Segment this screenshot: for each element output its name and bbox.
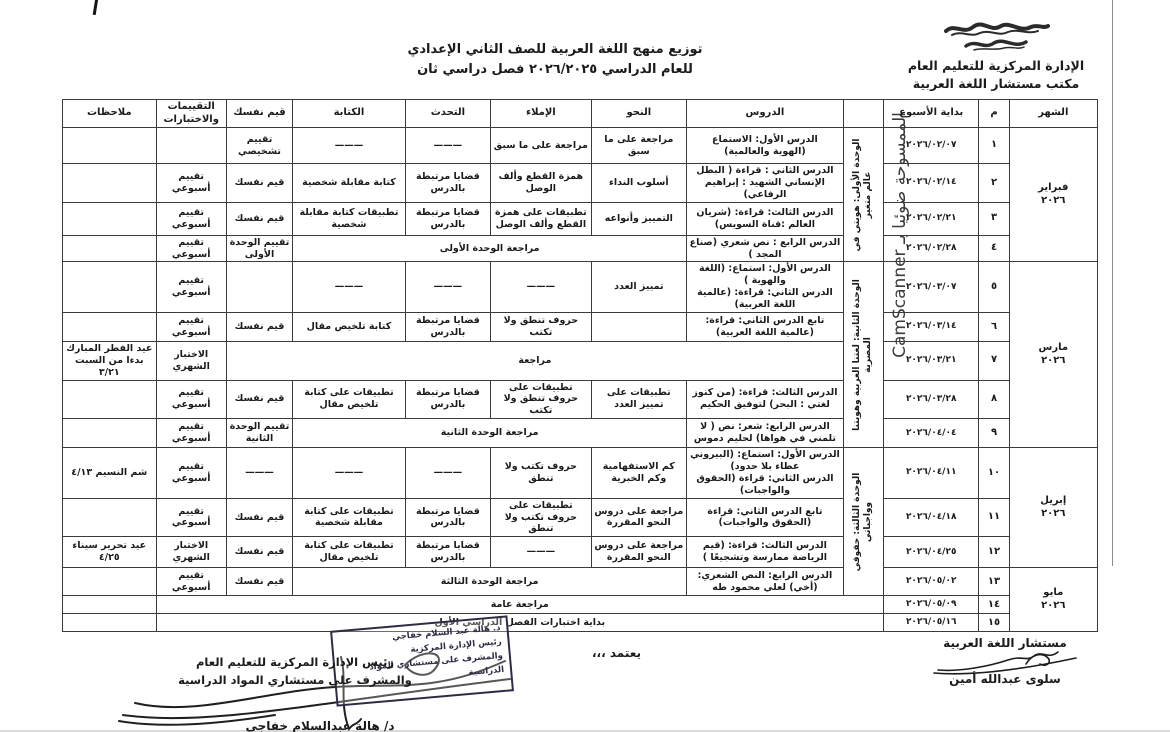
table-row: مارس ٢٠٢٦ ٥ ٢٠٢٦/٠٣/٠٧ الوحدة الثانية: ل…: [63, 262, 1098, 313]
serial-cell: ٤: [979, 235, 1009, 262]
lessons-cell: الدرس الأول: الاستماع (الهوية والعالمية): [687, 128, 844, 164]
assessment-cell: الاختبار الشهري: [156, 537, 226, 568]
serial-cell: ٦: [979, 312, 1009, 341]
col-header-assessments: التقييمات والاختبارات: [156, 100, 226, 128]
assessment-cell: تقييم أسبوعي: [156, 202, 226, 235]
self-assess-cell: قيم نفسك: [226, 568, 292, 596]
self-assess-cell: قيم نفسك: [226, 164, 292, 203]
lessons-cell: الدرس الرابع: شعر: نص ( لا تلمني في هواه…: [687, 419, 844, 448]
speaking-cell: قضايا مرتبطة بالدرس: [405, 380, 490, 419]
table-row: ١١ ٢٠٢٦/٠٤/١٨ تابع الدرس الثاني: قراءة (…: [63, 498, 1098, 537]
week-start-cell: ٢٠٢٦/٠٥/٠٢: [883, 568, 978, 596]
lessons-cell: الدرس الرابع: النص الشعري: (أخي) لعلي مح…: [687, 568, 844, 596]
table-row: مايو ٢٠٢٦ ١٣ ٢٠٢٦/٠٥/٠٢ الدرس الرابع: ال…: [63, 568, 1098, 596]
grammar-cell: أسلوب النداء: [591, 164, 686, 203]
week-start-cell: ٢٠٢٦/٠٣/١٤: [883, 312, 978, 341]
grammar-cell: التمييز وأنواعه: [591, 202, 686, 235]
dictation-cell: تطبيقات على حروف تنطق ولا تكتب: [491, 380, 591, 419]
grammar-cell: تمييز العدد: [591, 262, 686, 313]
serial-cell: ١: [979, 128, 1009, 164]
serial-cell: ١٢: [979, 537, 1009, 568]
document-title-line-2: للعام الدراسي ٢٠٢٦/٢٠٢٥ فصل دراسي ثان: [385, 60, 725, 80]
notes-cell: [63, 380, 157, 419]
self-assess-cell: قيم نفسك: [226, 537, 292, 568]
writing-cell: تطبيقات على كتابة تلخيص مقال: [293, 380, 406, 419]
grammar-cell: [591, 312, 686, 341]
month-cell: مارس ٢٠٢٦: [1009, 262, 1097, 448]
col-header-month: الشهر: [1009, 100, 1097, 128]
table-row: إبريل ٢٠٢٦ ١٠ ٢٠٢٦/٠٤/١١ الوحدة الثالثة:…: [63, 448, 1098, 499]
serial-cell: ١٥: [979, 614, 1009, 632]
dictation-cell: مراجعة على ما سبق: [491, 128, 591, 164]
self-assess-cell: تقييم الوحدة الثانية: [226, 419, 292, 448]
table-header-row: الشهر م بداية الأسبوع الدروس النحو الإمل…: [63, 100, 1098, 128]
writing-cell: تطبيقات على كتابة مقابلة شخصية: [293, 498, 406, 537]
self-assess-cell: قيم نفسك: [226, 380, 292, 419]
col-header-lessons: الدروس: [687, 100, 844, 128]
week-start-cell: ٢٠٢٦/٠٢/٢٨: [883, 235, 978, 262]
review-cell: مراجعة عامة: [156, 596, 883, 614]
speaking-cell: ———: [405, 128, 490, 164]
serial-cell: ١٣: [979, 568, 1009, 596]
assessment-cell: تقييم أسبوعي: [156, 568, 226, 596]
notes-cell: [63, 262, 157, 313]
dictation-cell: حروف تنطق ولا تكتب: [491, 312, 591, 341]
serial-cell: ١٠: [979, 448, 1009, 499]
col-header-serial: م: [979, 100, 1009, 128]
dictation-cell: تطبيقات على حروف تكتب ولا تنطق: [491, 498, 591, 537]
grammar-cell: تطبيقات على تمييز العدد: [591, 380, 686, 419]
dictation-cell: حروف تكتب ولا تنطق: [491, 448, 591, 499]
notes-cell: [63, 164, 157, 203]
scan-corner-mark: [93, 0, 99, 15]
week-start-cell: ٢٠٢٦/٠٣/٢١: [883, 341, 978, 380]
curriculum-table-wrapper: الشهر م بداية الأسبوع الدروس النحو الإمل…: [62, 99, 1098, 632]
week-start-cell: ٢٠٢٦/٠٥/٠٩: [883, 596, 978, 614]
lessons-cell: الدرس الثالث: قراءة: (شريان العالم :قناة…: [687, 202, 844, 235]
week-start-cell: ٢٠٢٦/٠٢/٢١: [883, 202, 978, 235]
assessment-cell: تقييم أسبوعي: [156, 419, 226, 448]
serial-cell: ٣: [979, 202, 1009, 235]
notes-cell: [63, 235, 157, 262]
month-cell: فبراير ٢٠٢٦: [1009, 128, 1097, 262]
serial-cell: ١١: [979, 498, 1009, 537]
table-row: فبراير ٢٠٢٦ ١ ٢٠٢٦/٠٢/٠٧ الوحدة الأولى: …: [63, 128, 1098, 164]
notes-cell: [63, 202, 157, 235]
review-cell: مراجعة الوحدة الثالثة: [293, 568, 687, 596]
unit-label: الوحدة الثانية: لغتنا العربية وهويتنا ال…: [853, 276, 875, 434]
assessment-cell: تقييم أسبوعي: [156, 312, 226, 341]
head-title-line-2: والمشرف على مستشاري المواد الدراسية: [145, 671, 445, 689]
lessons-cell: الدرس الثاني : قراءة ( البطل الإنساني ال…: [687, 164, 844, 203]
assessment-cell: [156, 128, 226, 164]
review-cell: مراجعة: [226, 341, 843, 380]
serial-cell: ٩: [979, 419, 1009, 448]
self-assess-cell: تقييم الوحدة الأولى: [226, 235, 292, 262]
grammar-cell: مراجعة على دروس النحو المقررة: [591, 498, 686, 537]
notes-cell: [63, 498, 157, 537]
table-row: ٢ ٢٠٢٦/٠٢/١٤ الدرس الثاني : قراءة ( البط…: [63, 164, 1098, 203]
month-cell: مايو ٢٠٢٦: [1009, 568, 1097, 632]
serial-cell: ٨: [979, 380, 1009, 419]
lessons-cell: الدرس الثالث: قراءة: (قيم الرياضة ممارسة…: [687, 537, 844, 568]
self-assess-cell: قيم نفسك: [226, 202, 292, 235]
lessons-cell: الدرس الرابع : نص شعري (صناع المجد ): [687, 235, 844, 262]
head-title: رئيس الإدارة المركزية للتعليم العام والم…: [145, 653, 445, 690]
table-row: ٩ ٢٠٢٦/٠٤/٠٤ الدرس الرابع: شعر: نص ( لا …: [63, 419, 1098, 448]
week-start-cell: ٢٠٢٦/٠٢/٠٧: [883, 128, 978, 164]
writing-cell: ———: [293, 448, 406, 499]
assessment-cell: تقييم أسبوعي: [156, 235, 226, 262]
table-row: ١٤ ٢٠٢٦/٠٥/٠٩ مراجعة عامة: [63, 596, 1098, 614]
advisor-name: سلوى عبدالله أمين: [905, 672, 1105, 686]
document-title: توزيع منهج اللغة العربية للصف الثاني الإ…: [385, 40, 725, 80]
notes-cell: عيد الفطر المبارك بدءا من السبت ٣/٢١: [63, 341, 157, 380]
lessons-cell: الدرس الأول: استماع: (اللغة والهوية ) ال…: [687, 262, 844, 313]
writing-cell: كتابة مقابلة شخصية: [293, 164, 406, 203]
review-cell: مراجعة الوحدة الأولى: [293, 235, 687, 262]
col-header-dictation: الإملاء: [491, 100, 591, 128]
serial-cell: ٧: [979, 341, 1009, 380]
head-name: د/ هالة عبدالسلام خفاجي: [200, 719, 440, 732]
head-signature-block: د. هالة عبد السلام خفاجي رئيس الإدارة ال…: [105, 615, 525, 732]
serial-cell: ٥: [979, 262, 1009, 313]
speaking-cell: ———: [405, 448, 490, 499]
week-start-cell: ٢٠٢٦/٠٢/١٤: [883, 164, 978, 203]
self-assess-cell: قيم نفسك: [226, 312, 292, 341]
col-header-self-assess: قيم نفسك: [226, 100, 292, 128]
self-assess-cell: قيم نفسك: [226, 498, 292, 537]
ministry-header: الإدارة المركزية للتعليم العام مكتب مستش…: [885, 20, 1107, 93]
dictation-cell: ———: [491, 537, 591, 568]
table-row: ٦ ٢٠٢٦/٠٣/١٤ تابع الدرس الثاني: قراءة: (…: [63, 312, 1098, 341]
writing-cell: كتابة تلخيص مقال: [293, 312, 406, 341]
scan-divider-line: [1112, 0, 1113, 566]
writing-cell: ———: [293, 128, 406, 164]
speaking-cell: ———: [405, 262, 490, 313]
col-header-notes: ملاحظات: [63, 100, 157, 128]
lessons-cell: تابع الدرس الثاني: قراءة (الحقوق والواجب…: [687, 498, 844, 537]
self-assess-cell: ———: [226, 448, 292, 499]
grammar-cell: كم الاستفهامية وكم الخبرية: [591, 448, 686, 499]
speaking-cell: قضايا مرتبطة بالدرس: [405, 312, 490, 341]
dictation-cell: همزة القطع وألف الوصل: [491, 164, 591, 203]
table-row: ٨ ٢٠٢٦/٠٣/٢٨ الدرس الثالث: قراءة: (من كن…: [63, 380, 1098, 419]
grammar-cell: مراجعة على ما سبق: [591, 128, 686, 164]
writing-cell: ———: [293, 262, 406, 313]
self-assess-cell: تقييم تشخيصي: [226, 128, 292, 164]
document-title-line-1: توزيع منهج اللغة العربية للصف الثاني الإ…: [385, 40, 725, 60]
col-header-unit: [843, 100, 883, 128]
table-row: ٤ ٢٠٢٦/٠٢/٢٨ الدرس الرابع : نص شعري (صنا…: [63, 235, 1098, 262]
dictation-cell: ———: [491, 262, 591, 313]
assessment-cell: تقييم أسبوعي: [156, 262, 226, 313]
table-row: ٧ ٢٠٢٦/٠٣/٢١ مراجعة الاختبار الشهري عيد …: [63, 341, 1098, 380]
month-cell: إبريل ٢٠٢٦: [1009, 448, 1097, 568]
assessment-cell: تقييم أسبوعي: [156, 448, 226, 499]
writing-cell: تطبيقات على كتابة تلخيص مقال: [293, 537, 406, 568]
unit-label: الوحدة الثالثة: حقوقي وواجباتي: [853, 458, 875, 586]
week-start-cell: ٢٠٢٦/٠٤/١١: [883, 448, 978, 499]
speaking-cell: قضايا مرتبطة بالدرس: [405, 164, 490, 203]
assessment-cell: تقييم أسبوعي: [156, 164, 226, 203]
table-row: ١٢ ٢٠٢٦/٠٤/٢٥ الدرس الثالث: قراءة: (قيم …: [63, 537, 1098, 568]
col-header-speaking: التحدث: [405, 100, 490, 128]
week-start-cell: ٢٠٢٦/٠٣/٠٧: [883, 262, 978, 313]
head-title-line-1: رئيس الإدارة المركزية للتعليم العام: [145, 653, 445, 671]
assessment-cell: تقييم أسبوعي: [156, 380, 226, 419]
review-cell: مراجعة الوحدة الثانية: [293, 419, 687, 448]
notes-cell: [63, 568, 157, 596]
unit-cell: الوحدة الأولى: هويتي في عالم متغير: [843, 128, 883, 262]
notes-cell: [63, 596, 157, 614]
col-header-writing: الكتابة: [293, 100, 406, 128]
serial-cell: ١٤: [979, 596, 1009, 614]
week-start-cell: ٢٠٢٦/٠٤/٠٤: [883, 419, 978, 448]
table-row: ٣ ٢٠٢٦/٠٢/٢١ الدرس الثالث: قراءة: (شريان…: [63, 202, 1098, 235]
lessons-cell: الدرس الثالث: قراءة: (من كنوز لغتي : الب…: [687, 380, 844, 419]
week-start-cell: ٢٠٢٦/٠٣/٢٨: [883, 380, 978, 419]
speaking-cell: قضايا مرتبطة بالدرس: [405, 498, 490, 537]
self-assess-cell: [226, 262, 292, 313]
approval-label: يعتمد ،،،: [592, 646, 641, 660]
serial-cell: ٢: [979, 164, 1009, 203]
col-header-grammar: النحو: [591, 100, 686, 128]
week-start-cell: ٢٠٢٦/٠٥/١٦: [883, 614, 978, 632]
unit-cell: الوحدة الثالثة: حقوقي وواجباتي: [843, 448, 883, 596]
lessons-cell: الدرس الأول: استماع: (البيروني عطاء بلا …: [687, 448, 844, 499]
unit-cell: الوحدة الثانية: لغتنا العربية وهويتنا ال…: [843, 262, 883, 448]
lessons-cell: تابع الدرس الثاني: قراءة: (عالمية اللغة …: [687, 312, 844, 341]
notes-cell: [63, 419, 157, 448]
department-line-2: مكتب مستشار اللغة العربية: [885, 75, 1107, 93]
speaking-cell: قضايا مرتبطة بالدرس: [405, 202, 490, 235]
notes-cell: [63, 128, 157, 164]
notes-cell: عيد تحرير سيناء ٤/٢٥: [63, 537, 157, 568]
week-start-cell: ٢٠٢٦/٠٤/١٨: [883, 498, 978, 537]
speaking-cell: قضايا مرتبطة بالدرس: [405, 537, 490, 568]
col-header-week-start: بداية الأسبوع: [883, 100, 978, 128]
assessment-cell: تقييم أسبوعي: [156, 498, 226, 537]
curriculum-table: الشهر م بداية الأسبوع الدروس النحو الإمل…: [62, 99, 1098, 632]
week-start-cell: ٢٠٢٦/٠٤/٢٥: [883, 537, 978, 568]
advisor-signature-block: مستشار اللغة العربية سلوى عبدالله أمين: [905, 636, 1105, 686]
department-line-1: الإدارة المركزية للتعليم العام: [885, 57, 1107, 75]
assessment-cell: الاختبار الشهري: [156, 341, 226, 380]
grammar-cell: مراجعة على دروس النحو المقررة: [591, 537, 686, 568]
ministry-logo-calligraphy: [940, 20, 1052, 54]
unit-label: الوحدة الأولى: هويتي في عالم متغير: [853, 136, 875, 254]
notes-cell: [63, 312, 157, 341]
dictation-cell: تطبيقات على همزة القطع وألف الوصل: [491, 202, 591, 235]
notes-cell: شم النسيم ٤/١٣: [63, 448, 157, 499]
writing-cell: تطبيقات كتابة مقابلة شخصية: [293, 202, 406, 235]
